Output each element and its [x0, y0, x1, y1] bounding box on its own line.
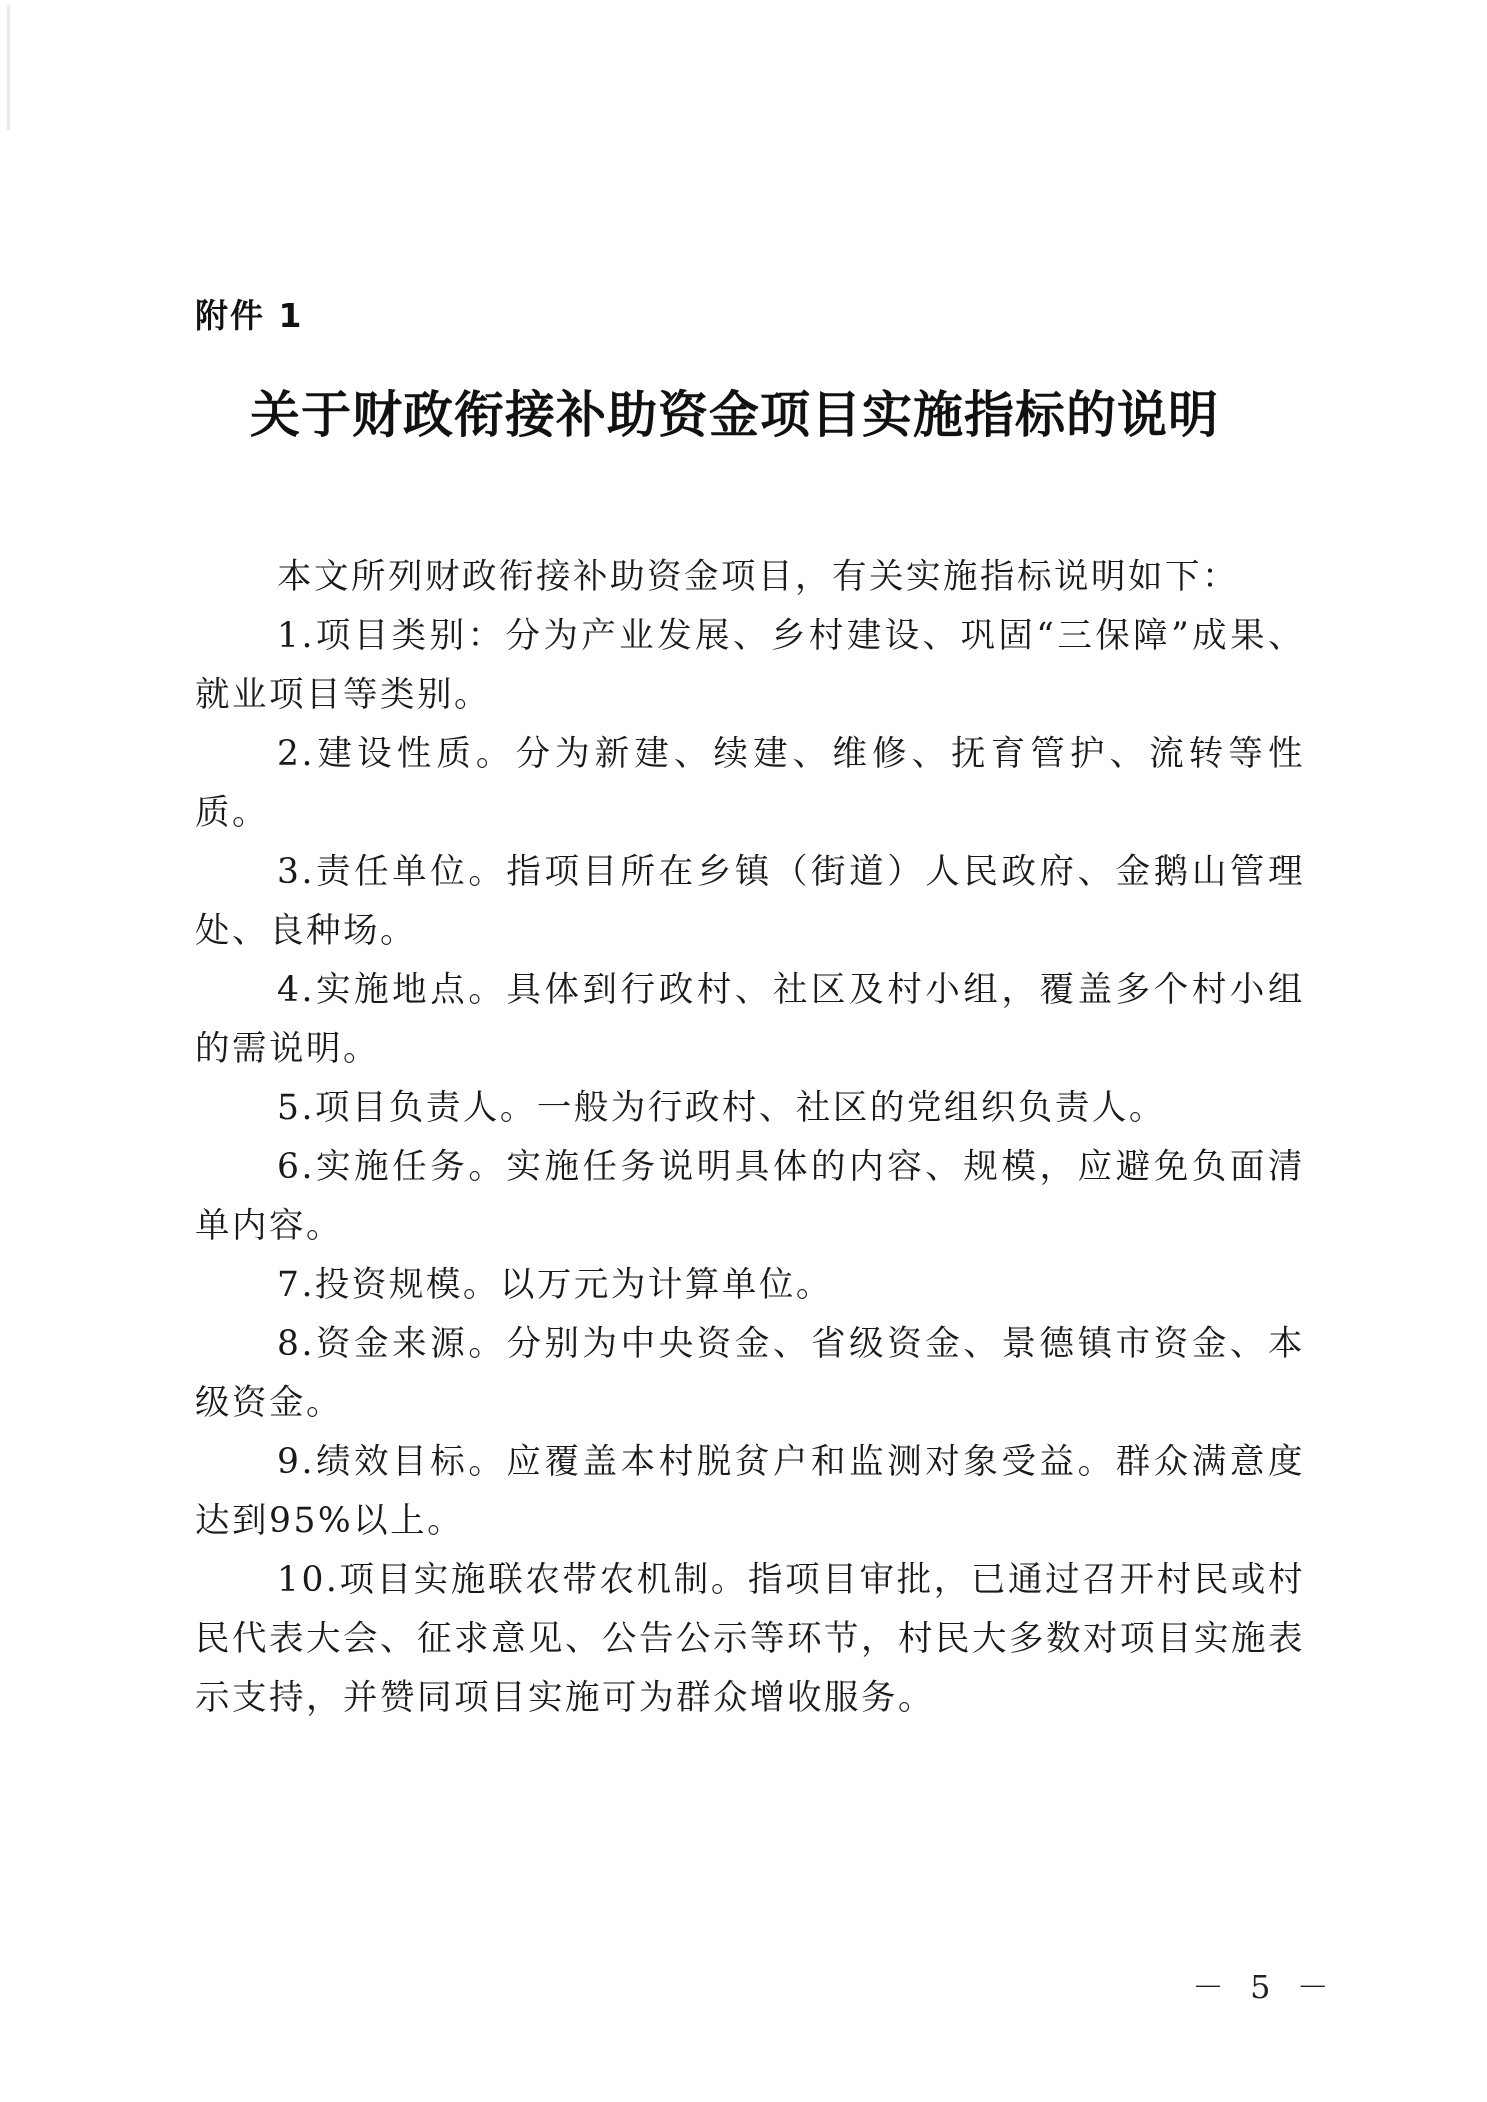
item-paragraph: 2.建设性质。分为新建、续建、维修、抚育管护、流转等性质。 — [195, 725, 1305, 843]
item-text: 资金来源。分别为中央资金、省级资金、景德镇市资金、本级资金。 — [195, 1324, 1305, 1423]
item-number: 10. — [277, 1560, 339, 1600]
item-number: 1. — [277, 616, 315, 656]
item-number: 3. — [277, 852, 315, 892]
item-paragraph: 3.责任单位。指项目所在乡镇（街道）人民政府、金鹅山管理处、良种场。 — [195, 843, 1305, 961]
document-body: 本文所列财政衔接补助资金项目，有关实施指标说明如下： 1.项目类别：分为产业发展… — [195, 548, 1305, 1728]
item-number: 6. — [277, 1147, 315, 1187]
page-number: － 5 － — [1192, 1962, 1337, 2008]
document-page: 附件 1 关于财政衔接补助资金项目实施指标的说明 本文所列财政衔接补助资金项目，… — [0, 0, 1487, 2102]
item-paragraph: 6.实施任务。实施任务说明具体的内容、规模，应避免负面清单内容。 — [195, 1138, 1305, 1256]
item-text: 投资规模。以万元为计算单位。 — [315, 1265, 833, 1305]
item-text: 责任单位。指项目所在乡镇（街道）人民政府、金鹅山管理处、良种场。 — [195, 852, 1305, 951]
item-number: 7. — [277, 1265, 315, 1305]
item-text: 建设性质。分为新建、续建、维修、抚育管护、流转等性质。 — [195, 734, 1305, 833]
document-title: 关于财政衔接补助资金项目实施指标的说明 — [250, 375, 1219, 447]
item-text: 项目负责人。一般为行政村、社区的党组织负责人。 — [315, 1088, 1166, 1128]
attachment-label: 附件 1 — [195, 290, 303, 337]
item-text: 绩效目标。应覆盖本村脱贫户和监测对象受益。群众满意度达到95%以上。 — [195, 1442, 1305, 1541]
item-text: 实施任务。实施任务说明具体的内容、规模，应避免负面清单内容。 — [195, 1147, 1305, 1246]
item-number: 2. — [277, 734, 315, 774]
item-number: 8. — [277, 1324, 315, 1364]
item-text: 项目实施联农带农机制。指项目审批，已通过召开村民或村民代表大会、征求意见、公告公… — [195, 1560, 1305, 1718]
item-paragraph: 10.项目实施联农带农机制。指项目审批，已通过召开村民或村民代表大会、征求意见、… — [195, 1551, 1305, 1728]
scan-edge-mark — [7, 5, 10, 130]
item-paragraph: 4.实施地点。具体到行政村、社区及村小组，覆盖多个村小组的需说明。 — [195, 961, 1305, 1079]
item-paragraph: 1.项目类别：分为产业发展、乡村建设、巩固“三保障”成果、就业项目等类别。 — [195, 607, 1305, 725]
item-text: 项目类别：分为产业发展、乡村建设、巩固“三保障”成果、就业项目等类别。 — [195, 616, 1305, 715]
intro-paragraph: 本文所列财政衔接补助资金项目，有关实施指标说明如下： — [195, 548, 1305, 607]
item-number: 5. — [277, 1088, 315, 1128]
item-number: 4. — [277, 970, 315, 1010]
item-paragraph: 5.项目负责人。一般为行政村、社区的党组织负责人。 — [195, 1079, 1305, 1138]
item-number: 9. — [277, 1442, 315, 1482]
item-paragraph: 9.绩效目标。应覆盖本村脱贫户和监测对象受益。群众满意度达到95%以上。 — [195, 1433, 1305, 1551]
item-paragraph: 7.投资规模。以万元为计算单位。 — [195, 1256, 1305, 1315]
item-paragraph: 8.资金来源。分别为中央资金、省级资金、景德镇市资金、本级资金。 — [195, 1315, 1305, 1433]
item-text: 实施地点。具体到行政村、社区及村小组，覆盖多个村小组的需说明。 — [195, 970, 1305, 1069]
